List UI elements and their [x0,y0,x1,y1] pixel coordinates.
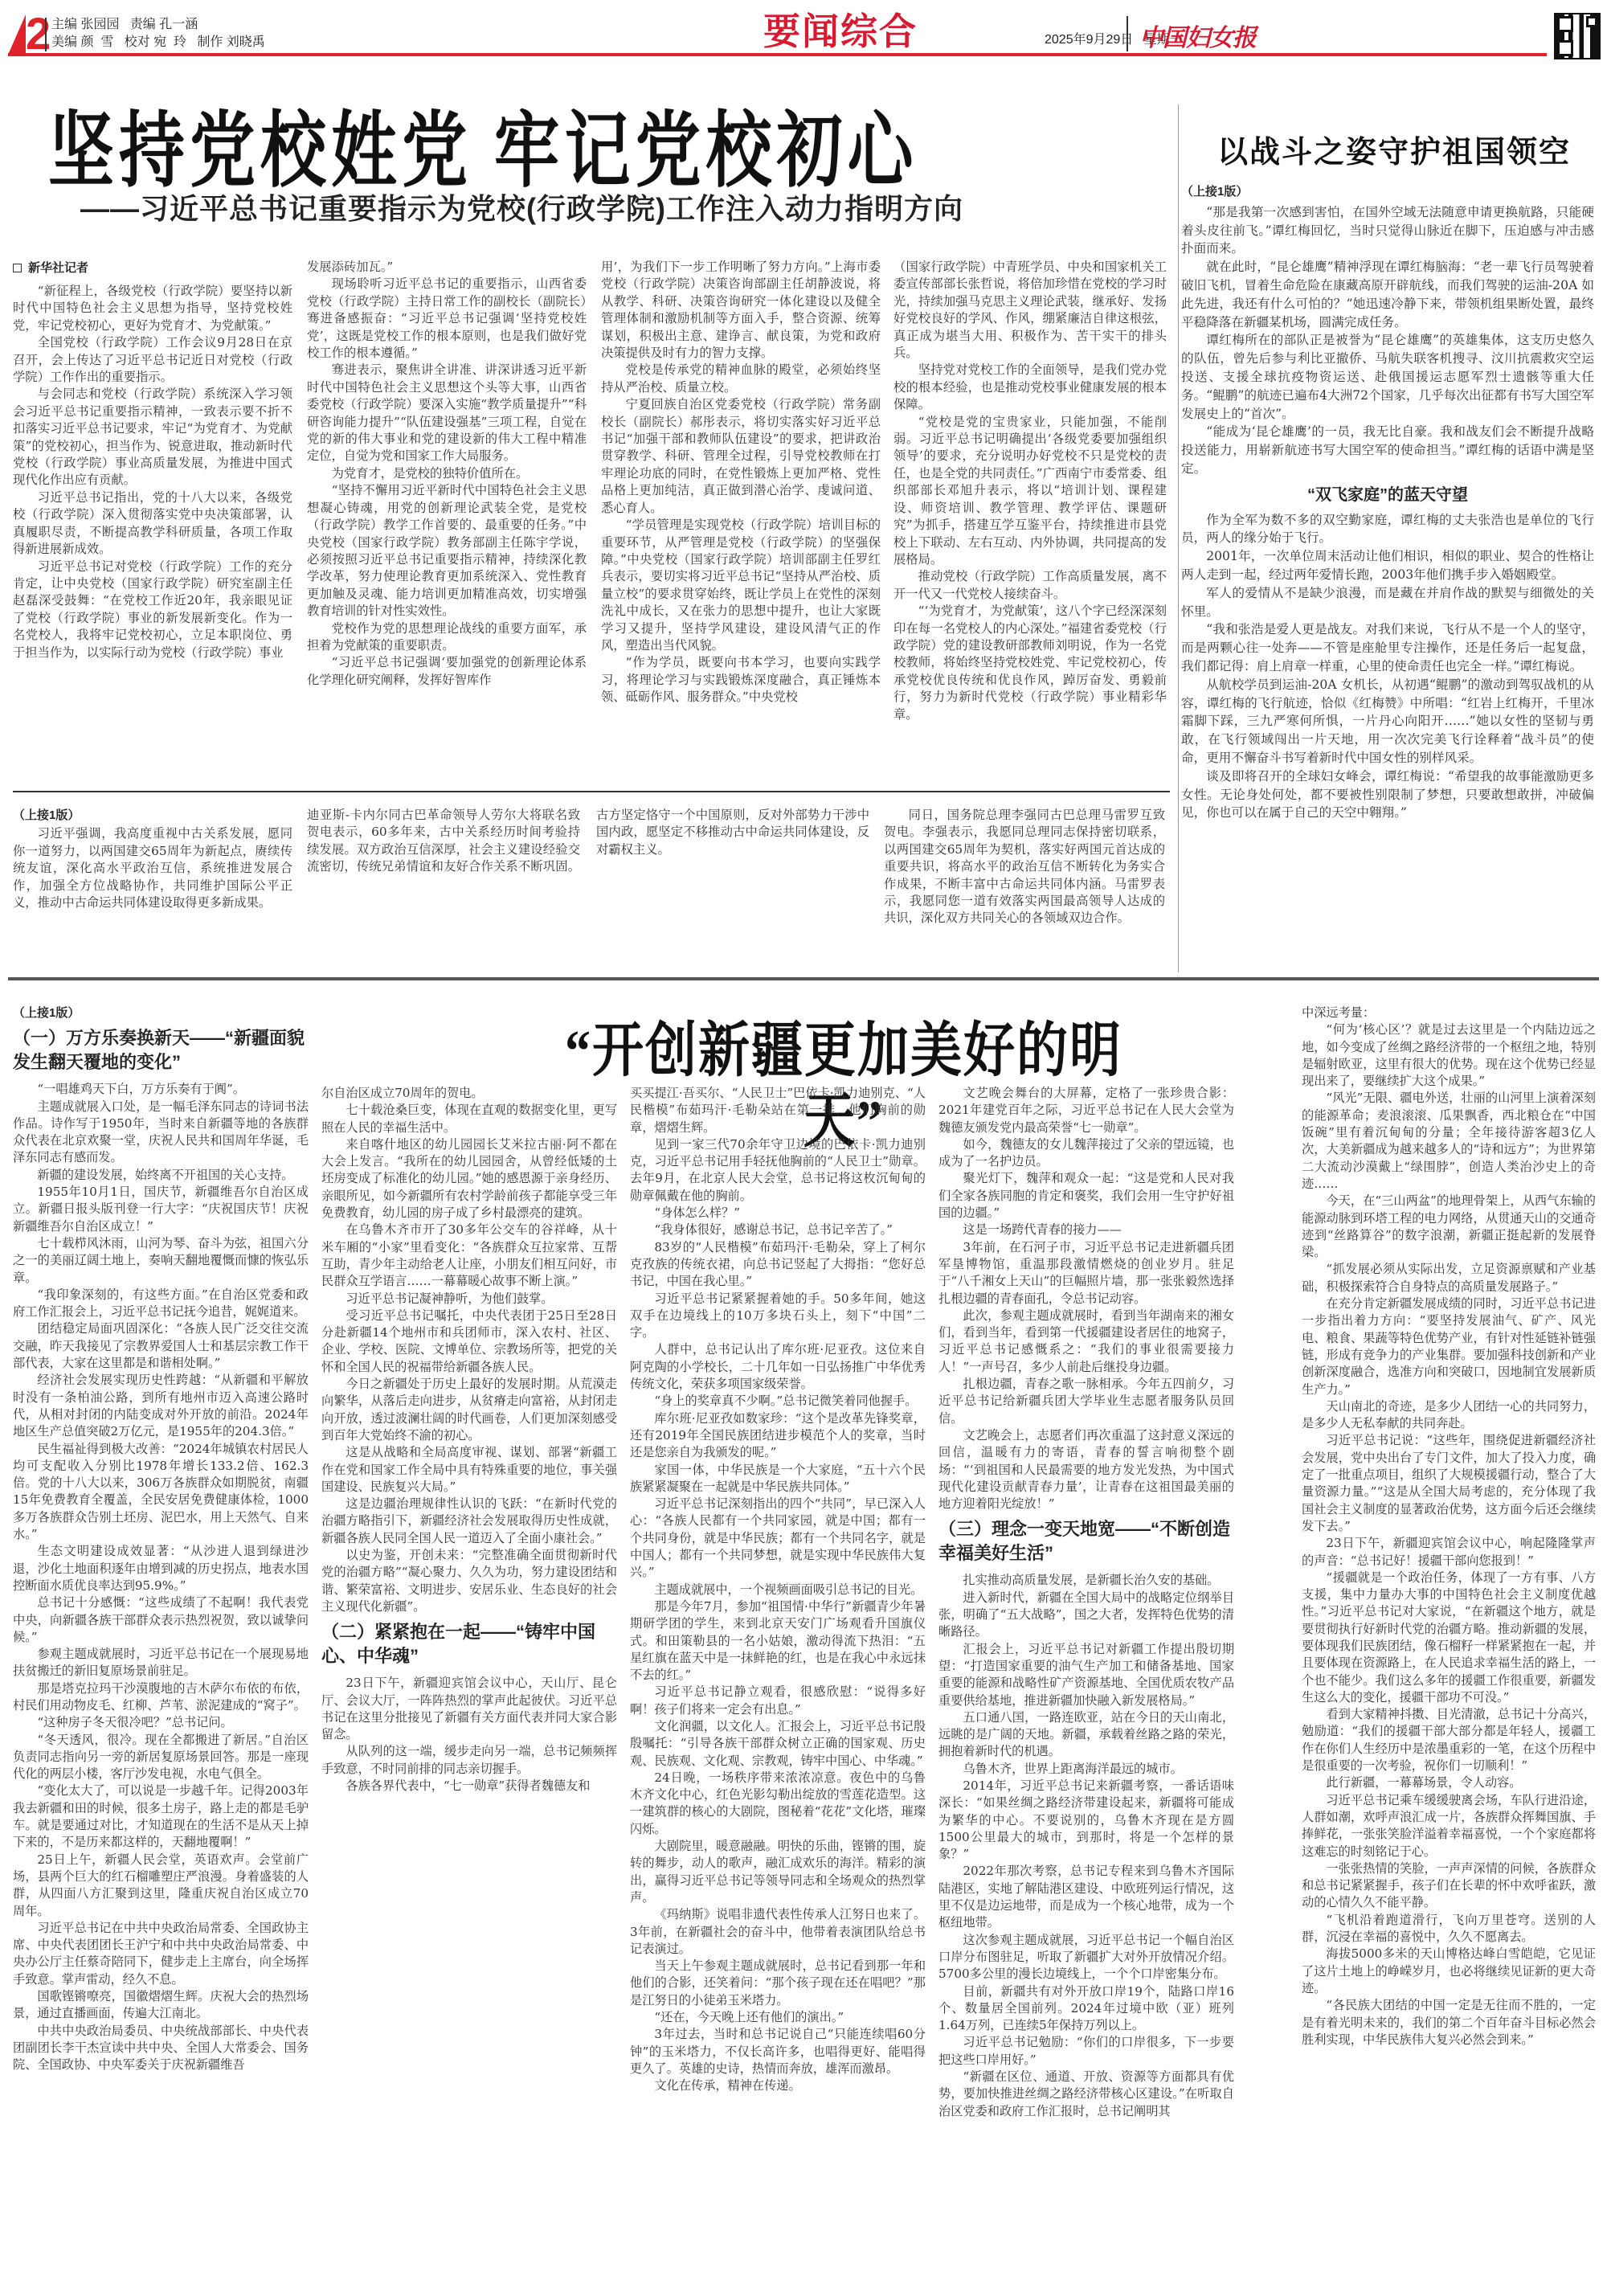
paragraph: 当天上午参观主题成就展时，总书记看到那一年和他们的合影，还笑着问：“那个孩子现在… [630,1958,926,2009]
paragraph: 这是从战略和全局高度审视、谋划、部署“新疆工作在党和国家工作全局中具有特殊重要的… [321,1444,617,1496]
byline-text: 新华社记者 [28,261,88,275]
paragraph: 今日之新疆处于历史上最好的发展时期。从荒漠走向繁华，从落后走向进步，从贫瘠走向富… [321,1376,617,1444]
paragraph: 23日下午，新疆迎宾馆会议中心，天山厅、昆仑厅、会议大厅，一阵阵热烈的掌声此起彼… [321,1675,617,1743]
paragraph: “何为‘核心区’？就是过去这里是一个内陆边远之地，如今变成了丝绸之路经济带的一个… [1302,1021,1596,1090]
paragraph: 从队列的这一端，缓步走向另一端，总书记频频挥手致意，不时同前排的同志亲切握手。 [321,1743,617,1778]
paragraph: 看到大家精神抖擞、目光清澈，总书记十分高兴，勉励道：“我们的援疆干部大部分都是年… [1302,1706,1596,1774]
paragraph: 一张张热情的笑脸，一声声深情的问候，各族群众和总书记紧紧握手，孩子们在长辈的怀中… [1302,1860,1596,1912]
paragraph: 新疆的建设发展，始终离不开祖国的关心支持。 [13,1167,309,1184]
paragraph: （国家行政学院）中青班学员、中央和国家机关工委宣传部部长张哲说，将倍加珍惜在党校… [893,259,1167,362]
paragraph: 这次参观主题成就展，习近平总书记一个幅自治区口岸分布图驻足，听取了新疆扩大对外开… [938,1932,1234,1983]
paragraph: 习近平总书记勉励：“你们的口岸很多，下一步要把这些口岸用好。” [938,2034,1234,2069]
paragraph: 如今，魏德友的女儿魏萍接过了父亲的望远镜，也成为了一名护边员。 [938,1136,1234,1171]
top-story-headline: 坚持党校姓党 牢记党校初心 [48,101,1157,202]
side-story-headline: 以战斗之姿守护祖国领空 [1197,127,1591,171]
paragraph: 生态文明建设成效显著：“从沙进人退到绿进沙退，沙化土地面积逐年由增到减的历史拐点… [13,1543,309,1594]
paragraph: 83岁的“人民楷模”布茹玛汗·毛勒朵，穿上了柯尔克孜族的传统衣裙，向总书记竖起了… [630,1239,926,1291]
paragraph: “我身体很好，感谢总书记，总书记辛苦了。” [630,1222,926,1238]
paragraph: 骞进表示，聚焦讲全讲准、讲深讲透习近平新时代中国特色社会主义思想这个头等大事，山… [307,362,587,465]
xinjiang-column-3: 买买提江·吾买尔、“人民卫士”巴依卡·凯力迪别克、“人民楷模”布茹玛汗·毛勒朵站… [630,1085,926,2290]
paragraph: 迪亚斯-卡内尔同古巴革命领导人劳尔大将联名致贺电表示，60多年来，古中关系经历时… [307,807,869,876]
top-story-column-4: （国家行政学院）中青班学员、中央和国家机关工委宣传部部长张哲说，将倍加珍惜在党校… [893,259,1167,723]
cuba-column-4: 同日，国务院总理李强同古巴总理马雷罗互致贺电。李强表示，我愿同总理同志保持密切联… [884,807,1165,927]
paragraph: 用’，为我们下一步工作明晰了努力方向。”上海市委党校（行政学院）决策咨询部副主任… [601,259,881,362]
paragraph: “抓发展必须从实际出发，立足资源禀赋和产业基础，积极探索符合自身特点的高质量发展… [1302,1261,1596,1295]
paragraph: 习近平总书记对党校（行政学院）工作的充分肯定，让中央党校（国家行政学院）研究室副… [13,559,292,661]
paragraph: 作为全军为数不多的双空勤家庭，谭红梅的丈夫张浩也是单位的飞行员，两人的缘分始于飞… [1181,511,1594,548]
page-number-badge: 2 [8,14,43,55]
paragraph: 24日晚，一场秩序带来浓浓凉意。夜色中的乌鲁木齐文化中心，红色光影勾勒出绽放的雪… [630,1770,926,1838]
paragraph: “作为学员，既要向书本学习，也要向实践学习，将理论学习与实践锻炼深度融合，真正锤… [601,654,881,706]
masthead-divider [45,18,47,51]
paragraph: 扎实推动高质量发展，是新疆长治久安的基础。 [938,1572,1234,1589]
top-story-column-2: 发展添砖加瓦。” 现场聆听习近平总书记的重要指示，山西省委党校（行政学院）主持日… [307,259,587,689]
paragraph: “我印象深刻的，有这些方面。”在自治区党委和政府工作汇报会上，习近平总书记抚今追… [13,1287,309,1321]
paragraph: “那是我第一次感到害怕，在国外空域无法随意申请更换航路，只能硬着头皮往前飞。”谭… [1181,203,1594,258]
paragraph: 与会同志和党校（行政学院）系统深入学习领会习近平总书记重要指示精神，一致表示要不… [13,386,292,489]
paragraph: 大剧院里，暖意融融。明快的乐曲，铿锵的围，旋转的舞步，动人的歌声，融汇成欢乐的海… [630,1838,926,1906]
paragraph: 在乌鲁木齐市开了30多年公交车的谷祥峰，从十米车厢的“小家”里看变化：“各族群众… [321,1222,617,1290]
paragraph: 从航校学员到运油-20A 女机长，从初遇“鲲鹏”的激动到驾驭战机的从容，谭红梅的… [1181,676,1594,767]
paragraph: “飞机沿着跑道滑行，飞向万里苍穹。送别的人群，沉浸在幸福的喜悦中，久久不愿离去。 [1302,1912,1596,1946]
paragraph: “冬天透风，很冷。现在全都搬进了新居。”自治区负责同志指向另一旁的新居复原场景回… [13,1732,309,1783]
xinjiang-column-2: 尔自治区成立70周年的贺电。 七十载沧桑巨变，体现在直观的数据变化里，更写照在人… [321,1085,617,2290]
paragraph: 那是塔克拉玛干沙漠腹地的吉木萨尔布依的布依，村民们用动物皮毛、红柳、芦苇、淤泥建… [13,1680,309,1715]
top-story-column-1: “新征程上，各级党校（行政学院）要坚持以新时代中国特色社会主义思想为指导，坚持党… [13,283,292,661]
paragraph: 为党育才，是党校的独特价值所在。 [307,465,587,482]
paragraph: 此次，参观主题成就展时，看到当年湖南来的湘女们，看到当年，看到第一代援疆建设者居… [938,1308,1234,1376]
cuba-column-2-3: 迪亚斯-卡内尔同古巴革命领导人劳尔大将联名致贺电表示，60多年来，古中关系经历时… [307,807,869,876]
paragraph: 宁夏回族自治区党委党校（行政学院）常务副校长（副院长）郝彤表示，将切实落实好习近… [601,396,881,517]
paragraph: 习近平总书记指出，党的十八大以来，各级党校（行政学院）深入贯彻落实党中央决策部署… [13,489,292,559]
paragraph: “各民族大团结的中国一定是无往而不胜的，一定是有着光明未来的，我们的第二个百年奋… [1302,1997,1596,2048]
paragraph: “身上的奖章真不少啊。”总书记微笑着同他握手。 [630,1393,926,1410]
paragraph: 聚光灯下，魏萍和观众一起：“这是党和人民对我们全家各族同胞的肯定和褒奖，我们会用… [938,1170,1234,1222]
credits-line-1: 主编 张园园 责编 孔一涵 [51,16,265,34]
paragraph: 七十载沧桑巨变，体现在直观的数据变化里，更写照在人民的幸福生活中。 [321,1102,617,1136]
paragraph: 今天，在“三山两盆”的地理骨架上，从西气东输的能源动脉到环塔工程的电力网络，从贯… [1302,1193,1596,1261]
column-divider [1178,104,1179,972]
paragraph: 习近平总书记在中共中央政治局常委、全国政协主席、中央代表团团长王沪宁和中共中央政… [13,1920,309,1988]
paragraph: “能成为‘昆仑雄鹰’的一员，我无比自豪。我和战友们会不断提升战略投送能力，用崭新… [1181,423,1594,477]
paragraph: 团结稳定局面巩固深化：“各族人民广泛交往交流交融，昨天我接见了宗教界爱国人士和基… [13,1320,309,1372]
paragraph: 各族各界代表中，“七一勋章”获得者魏德友和 [321,1778,617,1795]
paragraph: “习近平总书记强调‘要加强党的创新理论体系化学理化研究阐释，发挥好智库作 [307,654,587,689]
paragraph: “坚持不懈用习近平新时代中国特色社会主义思想凝心铸魂，用党的创新理论武装全党，是… [307,482,587,620]
paragraph: 国歌铿锵嘹亮，国徽熠熠生辉。庆祝大会的热烈场景，通过直播画面，传遍大江南北。 [13,1988,309,2023]
major-section-divider [8,977,1599,980]
paragraph: 受习近平总书记嘱托，中央代表团于25日至28日分赴新疆14个地州市和兵团师市，深… [321,1308,617,1376]
paragraph: 《玛纳斯》说唱非遗代表性传承人江努日也来了。3年前，在新疆社会的奋斗中，他带着表… [630,1906,926,1958]
paragraph: 以史为鉴，开创未来：“完整准确全面贯彻新时代党的治疆方略”“凝心聚力、久久为功，… [321,1547,617,1615]
paragraph: 人群中，总书记认出了库尔班·尼亚孜。这位来自阿克陶的小学校长，二十几年如一日弘扬… [630,1341,926,1393]
paragraph: 中共中央政治局委员、中央统战部部长、中央代表团副团长李干杰宣读中共中央、全国人大… [13,2023,309,2074]
section-heading-2: （二）紧紧抱在一起——“铸牢中国心、中华魂” [321,1620,617,1668]
qr-code-icon[interactable] [1554,13,1601,59]
paragraph: 这是边疆治理规律性认识的飞跃：“在新时代党的治疆方略指引下，新疆经济社会发展取得… [321,1496,617,1547]
paragraph: 现场聆听习近平总书记的重要指示，山西省委党校（行政学院）主持日常工作的副校长（副… [307,276,587,362]
paragraph: 来自喀什地区的幼儿园园长艾米拉古丽·阿不都在大会上发言。“我所在的幼儿园园舍，从… [321,1136,617,1222]
paragraph: “学员管理是实现党校（行政学院）培训目标的重要环节，从严管理是党校（行政学院）的… [601,517,881,654]
paragraph: 天山南北的奇迹，是多少人团结一心的共同努力，是多少人无私奉献的共同奔赴。 [1302,1398,1596,1433]
masthead-divider-2 [1127,16,1128,51]
paragraph: 习近平总书记深刻指出的四个“共同”，早已深入人心：“各族人民都有一个共同家园，就… [630,1496,926,1581]
paragraph: 经济社会发展实现历史性跨越：“从新疆和平解放时没有一条柏油公路，到所有地州市迈入… [13,1372,309,1440]
paragraph: “‘为党育才，为党献策’，这八个字已经深深刻印在每一名党校人的内心深处。”福建省… [893,603,1167,723]
xinjiang-column-4: 文艺晚会舞台的大屏幕，定格了一张珍贵合影：2021年建党百年之际，习近平总书记在… [938,1085,1234,2290]
red-slash-icon [8,14,26,55]
date: 2025年9月29日 [1045,33,1133,47]
xinjiang-column-1: （上接1版） （一）万方乐奏换新天——“新疆面貌发生翻天覆地的变化” “一唱雄鸡… [13,1005,309,2290]
paragraph: “身体怎么样？” [630,1205,926,1222]
paragraph: 谭红梅所在的部队正是被誉为“昆仑雄鹰”的英雄集体，这支历史悠久的队伍，曾先后参与… [1181,331,1594,423]
paragraph: 习近平总书记紧紧握着她的手。50多年间，她这双手在边境线上的10万多块石头上，刻… [630,1291,926,1342]
section-heading-3: （三）理念一变天地宽——“不断创造幸福美好生活” [938,1517,1234,1565]
paragraph: 那是今年7月，参加“祖国情·中华行”新疆青少年暑期研学团的学生，来到北京天安门广… [630,1598,926,1684]
paragraph: 民生福祉得到极大改善：“2024年城镇农村居民人均可支配收入分别比1978年增长… [13,1441,309,1544]
paragraph: 尔自治区成立70周年的贺电。 [321,1085,617,1102]
paragraph: 习近平总书记乘车缓缓驶离会场，车队行进沿途，人群如潮，欢呼声浪汇成一片，各族群众… [1302,1792,1596,1860]
paragraph: 乌鲁木齐，世界上距离海洋最远的城市。 [938,1761,1234,1778]
paragraph: 2001年，一次单位周末活动让他们相识，相似的职业、契合的性格让两人走到一起，经… [1181,547,1594,584]
paragraph: 习近平强调，我高度重视中古关系发展，愿同你一道努力，以两国建交65周年为新起点，… [13,825,292,911]
paragraph: “新疆在区位、通道、开放、资源等方面都具有优势，要加快推进丝绸之路经济带核心区建… [938,2069,1234,2120]
section-title: 要闻综合 [763,11,918,53]
paragraph: 25日上午，新疆人民会堂，英语欢声。会堂前广场，县两个巨大的红石榴雕塑庄严浪漫。… [13,1852,309,1920]
paragraph: 海拔5000多米的天山博格达峰白雪皑皑，它见证了这片土地上的峥嵘岁月，也必将继续… [1302,1946,1596,1997]
masthead-red-rule [8,53,1547,56]
paragraph: 中深远考量： [1302,1005,1596,1021]
continued-label: （上接1版） [1181,183,1594,202]
paragraph: 库尔班·尼亚孜如数家珍：“这个是改革先锋奖章，还有2019年全国民族团结进步模范… [630,1410,926,1462]
credits-line-2: 美编 颜 雪 校对 宛 玲 制作 刘晓禹 [51,34,265,51]
paragraph: 五口通八国，一路连欧亚，站在今日的天山南北，远眺的是广阔的天地。新疆，承载着丝路… [938,1709,1234,1761]
paragraph: “我和张浩是爱人更是战友。对我们来说，飞行从不是一个人的坚守，而是两颗心往一处奔… [1181,620,1594,675]
paragraph: 见到一家三代70余年守卫边境的巴依卡·凯力迪别克，习近平总书记用手轻抚他胸前的“… [630,1136,926,1205]
section-divider [13,791,1170,792]
paragraph: 谈及即将召开的全球妇女峰会，谭红梅说：“希望我的故事能激励更多女性。无论身处何处… [1181,767,1594,822]
paragraph: 习近平总书记凝神静听，为他们鼓掌。 [321,1291,617,1308]
masthead: 2 主编 张园园 责编 孔一涵美编 颜 雪 校对 宛 玲 制作 刘晓禹 要闻综合… [0,0,1607,58]
paragraph: 此行新疆，一幕幕场景，令人动容。 [1302,1774,1596,1791]
paragraph: 就在此时，“昆仑雄鹰”精神浮现在谭红梅脑海：“老一辈飞行员驾驶着破旧飞机，冒着生… [1181,258,1594,331]
paragraph: “这种房子冬天很冷吧？”总书记问。 [13,1714,309,1731]
continued-label: （上接1版） [13,807,292,824]
top-story-column-3: 用’，为我们下一步工作明晰了努力方向。”上海市委党校（行政学院）决策咨询部副主任… [601,259,881,706]
paragraph: 家国一体，中华民族是一个大家庭，“五十六个民族紧紧凝聚在一起就是中华民族共同体。… [630,1462,926,1496]
paragraph: 同日，国务院总理李强同古巴总理马雷罗互致贺电。李强表示，我愿同总理同志保持密切联… [884,807,1165,927]
paragraph: 进入新时代，新疆在全国大局中的战略定位纲举目张，明确了“五大战略”，国之大者，发… [938,1590,1234,1641]
paragraph: “变化太大了，可以说是一步越千年。记得2003年我去新疆和田的时候，很多土房子，… [13,1782,309,1851]
paragraph: 2014年，习近平总书记来新疆考察，一番话语味深长：“如果丝绸之路经济带建设起来… [938,1778,1234,1863]
paragraph: “风光”无限、疆电外送，壮丽的山河里上演着深刻的能源革命；麦浪滚滚、瓜果飘香，西… [1302,1090,1596,1193]
paragraph: 七十载栉风沐雨，山河为琴、奋斗为弦，祖国六分之一的美丽辽阔土地上，奏响天翻地覆慨… [13,1235,309,1287]
side-story-body: （上接1版） “那是我第一次感到害怕，在国外空域无法随意申请更换航路，只能硬着头… [1181,183,1594,822]
paragraph: 全国党校（行政学院）工作会议9月28日在京召开，会上传达了习近平总书记近日对党校… [13,334,292,386]
xinjiang-column-5: 中深远考量： “何为‘核心区’？就是过去这里是一个内陆边远之地，如今变成了丝绸之… [1302,1005,1596,2290]
paragraph: 2022年那次考察，总书记专程来到乌鲁木齐国际陆港区，实地了解陆港区建设、中欧班… [938,1863,1234,1931]
paragraph: 发展添砖加瓦。” [307,259,587,276]
paragraph: 买买提江·吾买尔、“人民卫士”巴依卡·凯力迪别克、“人民楷模”布茹玛汗·毛勒朵站… [630,1085,926,1136]
paragraph: 1955年10月1日，国庆节，新疆维吾尔自治区成立。新疆日报头版刊登一行大字：“… [13,1184,309,1235]
paragraph: 推动党校（行政学院）工作高质量发展，离不开一代又一代党校人接续奋斗。 [893,568,1167,603]
paragraph: 总书记十分感慨：“这些成绩了不起啊！我代表党中央，向新疆各族干部群众表示热烈祝贺… [13,1594,309,1646]
paragraph: 在充分肯定新疆发展成绩的同时，习近平总书记进一步指出着力方向：“要坚持发展油气、… [1302,1295,1596,1398]
paragraph: 汇报会上，习近平总书记对新疆工作提出殷切期望：“打造国家重要的油气生产加工和储备… [938,1641,1234,1709]
paragraph: 坚持党对党校工作的全面领导，是我们党办党校的根本经验，也是推动党校事业健康发展的… [893,362,1167,413]
paragraph: 文艺晚会舞台的大屏幕，定格了一张珍贵合影：2021年建党百年之际，习近平总书记在… [938,1085,1234,1136]
paragraph: 习近平总书记说：“这些年，围绕促进新疆经济社会发展，党中央出台了专门文件，加大了… [1302,1432,1596,1535]
paragraph: 3年前，在石河子市，习近平总书记走进新疆兵团军垦博物馆，重温那段激情燃烧的创业岁… [938,1239,1234,1308]
paragraph: 主题成就展中，一个视频画面吸引总书记的目光。 [630,1582,926,1598]
paragraph: “援疆就是一个政治任务，体现了一方有事、八方支援，集中力量办大事的中国特色社会主… [1302,1570,1596,1706]
paragraph: 3年过去，当时和总书记说自己“只能连续唱60分钟”的玉米塔力，不仅长高许多，也唱… [630,2026,926,2077]
paragraph: 主题成就展入口处，是一幅毛泽东同志的诗词书法作品。诗作写于1950年，当时来自新… [13,1099,309,1167]
paragraph: “还在，今天晚上还有他们的演出。” [630,2009,926,2026]
newspaper-logo: 中国妇女报 [1139,18,1256,53]
section-heading-1: （一）万方乐奏换新天——“新疆面貌发生翻天覆地的变化” [13,1026,309,1074]
continued-label: （上接1版） [13,1005,309,1021]
byline: 新华社记者 [13,259,88,276]
paragraph: 目前，新疆共有对外开放口岸19个，陆路口岸16个、数量居全国前列。2024年过境… [938,1983,1234,2035]
paragraph: 文艺晚会上，志愿者们再次重温了这封意义深远的回信，温暖有力的寄语，青春的誓言响彻… [938,1427,1234,1512]
editor-credits: 主编 张园园 责编 孔一涵美编 颜 雪 校对 宛 玲 制作 刘晓禹 [51,16,265,51]
paragraph: 党校作为党的思想理论战线的重要方面军，承担着为党献策的重要职责。 [307,620,587,655]
paragraph: 23日下午，新疆迎宾馆会议中心，响起隆隆掌声的声音：“总书记好！援疆干部向您报到… [1302,1535,1596,1570]
paragraph: 参观主题成就展时，习近平总书记在一个展现易地扶贫搬迁的新旧复原场景前驻足。 [13,1646,309,1680]
paragraph: 文化润疆，以文化人。汇报会上，习近平总书记殷殷嘱托：“引导各族干部群众树立正确的… [630,1718,926,1770]
paragraph: “新征程上，各级党校（行政学院）要坚持以新时代中国特色社会主义思想为指导，坚持党… [13,283,292,334]
paragraph: 军人的爱情从不是缺少浪漫，而是藏在并肩作战的默契与细微处的关怀里。 [1181,584,1594,621]
paragraph: “一唱雄鸡天下白，万方乐奏有于阗”。 [13,1081,309,1098]
paragraph: 习近平总书记静立观看，很感欣慰：“说得多好啊！孩子们将来一定会有出息。” [630,1684,926,1718]
paragraph: 党校是传承党的精神血脉的殿堂，必须始终坚持从严治校、质量立校。 [601,362,881,396]
paragraph: “党校是党的宝贵家业，只能加强，不能削弱。习近平总书记明确提出‘各级党委要加强组… [893,414,1167,569]
paragraph: 这是一场跨代青春的接力—— [938,1222,1234,1238]
top-story-subhead: ——习近平总书记重要指示为党校(行政学院)工作注入动力指明方向 [80,191,1125,227]
paragraph: 文化在传承，精神在传递。 [630,2077,926,2094]
cuba-column-1: （上接1版） 习近平强调，我高度重视中古关系发展，愿同你一道努力，以两国建交65… [13,807,292,911]
byline-box-icon [13,264,22,272]
paragraph: 扎根边疆，青春之歌一脉相承。今年五四前夕，习近平总书记给新疆兵团大学毕业生志愿者… [938,1376,1234,1427]
subsection-title: “双飞家庭”的蓝天守望 [1181,486,1594,505]
